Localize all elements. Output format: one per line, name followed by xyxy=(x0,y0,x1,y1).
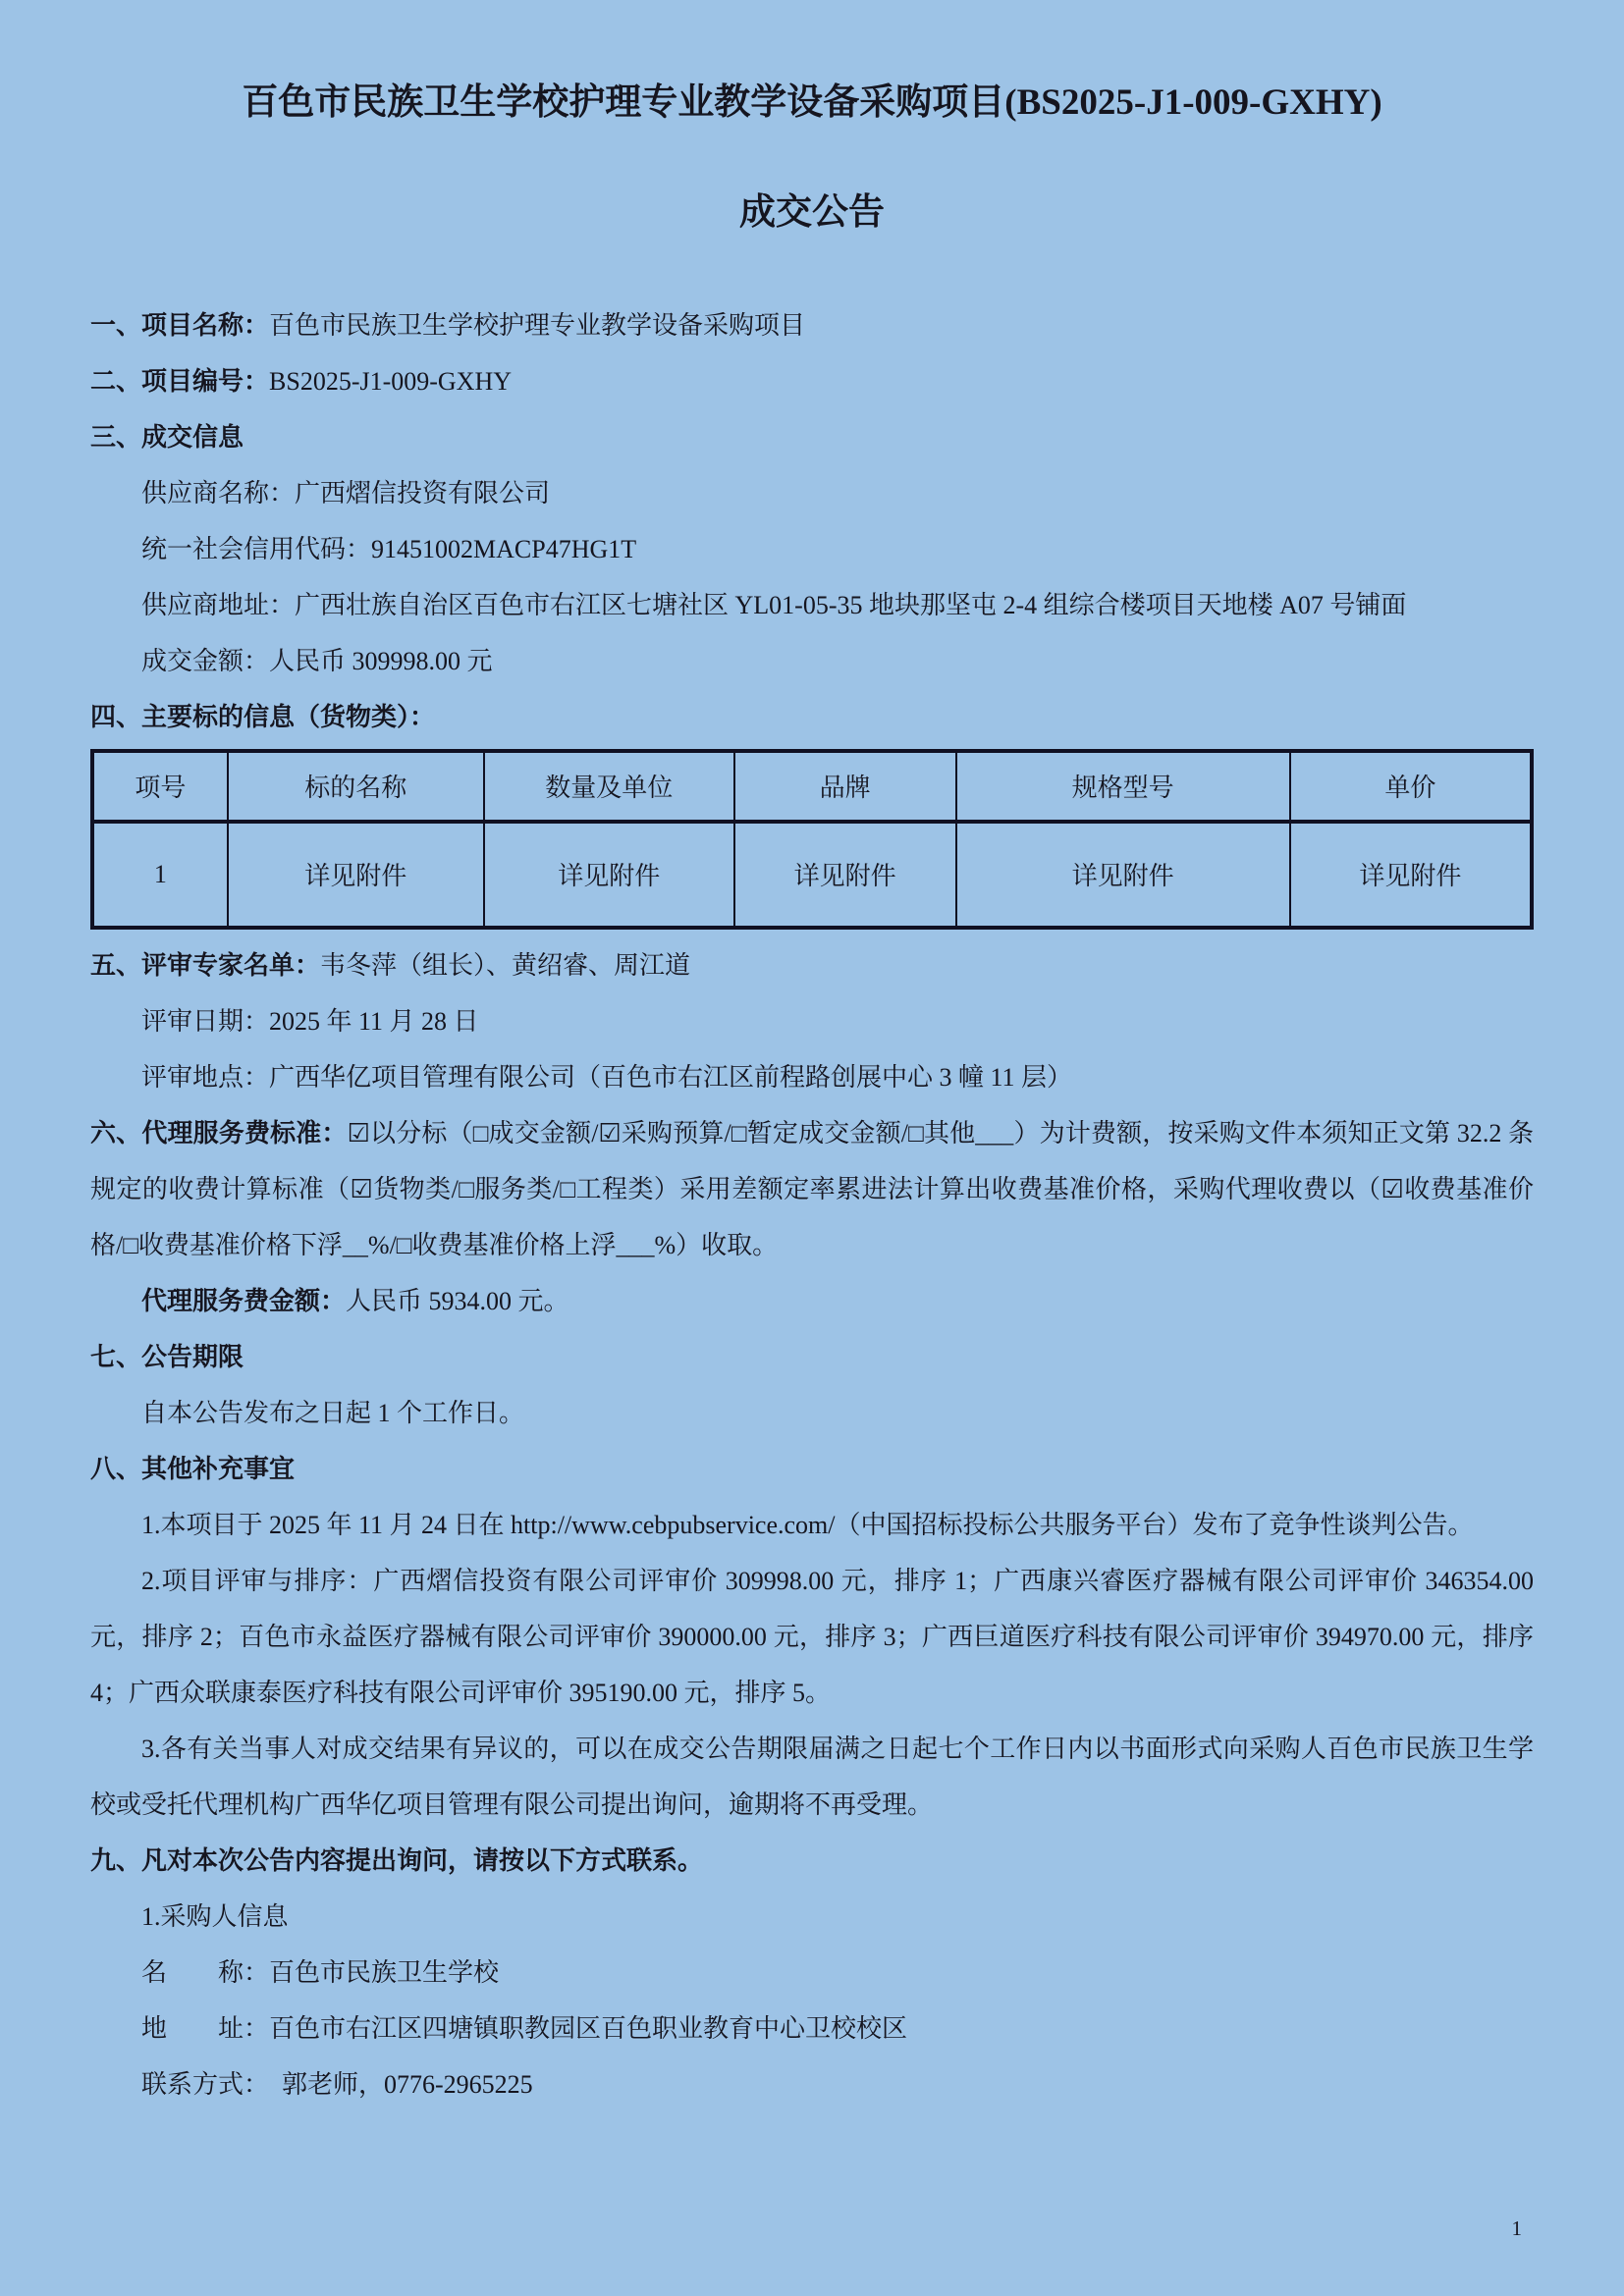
section-2-project-number: 二、项目编号：BS2025-J1-009-GXHY xyxy=(90,353,1534,409)
goods-cell-subject-name: 详见附件 xyxy=(228,822,484,928)
supplement-item-3: 3.各有关当事人对成交结果有异议的，可以在成交公告期限届满之日起七个工作日内以书… xyxy=(90,1721,1534,1833)
section-7-heading: 七、公告期限 xyxy=(90,1329,1534,1385)
goods-table-header-spec-model: 规格型号 xyxy=(956,751,1290,822)
section-9-heading: 九、凡对本次公告内容提出询问，请按以下方式联系。 xyxy=(90,1833,1534,1889)
buyer-contact-line: 联系方式： 郭老师，0776-2965225 xyxy=(90,2056,1534,2112)
section-6-agency-fee-standard: 六、代理服务费标准：☑以分标（□成交金额/☑采购预算/□暂定成交金额/□其他__… xyxy=(90,1105,1534,1273)
section-2-text: BS2025-J1-009-GXHY xyxy=(269,367,512,396)
section-8-heading: 八、其他补充事宜 xyxy=(90,1441,1534,1497)
credit-code-line: 统一社会信用代码：91451002MACP47HG1T xyxy=(90,521,1534,577)
goods-cell-quantity-unit: 详见附件 xyxy=(484,822,734,928)
review-place-line: 评审地点：广西华亿项目管理有限公司（百色市右江区前程路创展中心 3 幢 11 层… xyxy=(90,1049,1534,1105)
document-page: 百色市民族卫生学校护理专业教学设备采购项目(BS2025-J1-009-GXHY… xyxy=(0,0,1624,2296)
agency-fee-amount-label: 代理服务费金额： xyxy=(141,1286,346,1315)
announcement-period-line: 自本公告发布之日起 1 个工作日。 xyxy=(90,1385,1534,1441)
section-5-experts-line: 五、评审专家名单：韦冬萍（组长）、黄绍睿、周江道 xyxy=(90,937,1534,993)
buyer-address-line: 地 址：百色市右江区四塘镇职教园区百色职业教育中心卫校校区 xyxy=(90,2001,1534,2056)
supplement-item-1: 1.本项目于 2025 年 11 月 24 日在 http://www.cebp… xyxy=(90,1497,1534,1553)
goods-cell-unit-price: 详见附件 xyxy=(1290,822,1532,928)
agency-fee-amount-text: 人民币 5934.00 元。 xyxy=(346,1287,569,1315)
agency-fee-amount-line: 代理服务费金额：人民币 5934.00 元。 xyxy=(90,1273,1534,1329)
page-number: 1 xyxy=(1512,2218,1523,2239)
section-5-experts: 韦冬萍（组长）、黄绍睿、周江道 xyxy=(320,951,690,980)
review-date-line: 评审日期：2025 年 11 月 28 日 xyxy=(90,993,1534,1049)
document-title-line1: 百色市民族卫生学校护理专业教学设备采购项目(BS2025-J1-009-GXHY… xyxy=(90,80,1534,126)
section-1-project-name: 一、项目名称：百色市民族卫生学校护理专业教学设备采购项目 xyxy=(90,297,1534,353)
goods-cell-spec-model: 详见附件 xyxy=(956,822,1290,928)
award-amount-line: 成交金额：人民币 309998.00 元 xyxy=(90,633,1534,689)
section-1-text: 百色市民族卫生学校护理专业教学设备采购项目 xyxy=(269,311,805,340)
goods-table-header-brand: 品牌 xyxy=(734,751,956,822)
buyer-info-heading: 1.采购人信息 xyxy=(90,1889,1534,1945)
supplier-name-line: 供应商名称：广西熠信投资有限公司 xyxy=(90,465,1534,521)
section-4-heading: 四、主要标的信息（货物类）： xyxy=(90,689,1534,745)
goods-table-row: 1 详见附件 详见附件 详见附件 详见附件 详见附件 xyxy=(92,822,1532,928)
goods-table-header-subject-name: 标的名称 xyxy=(228,751,484,822)
section-2-label: 二、项目编号： xyxy=(90,366,269,396)
goods-cell-item-no: 1 xyxy=(92,822,228,928)
goods-table-header-quantity-unit: 数量及单位 xyxy=(484,751,734,822)
buyer-name-line: 名 称：百色市民族卫生学校 xyxy=(90,1945,1534,2001)
goods-table: 项号 标的名称 数量及单位 品牌 规格型号 单价 1 详见附件 详见附件 详见附… xyxy=(90,749,1534,930)
supplier-address-line: 供应商地址：广西壮族自治区百色市右江区七塘社区 YL01-05-35 地块那坚屯… xyxy=(90,577,1534,633)
supplement-item-2: 2.项目评审与排序：广西熠信投资有限公司评审价 309998.00 元，排序 1… xyxy=(90,1553,1534,1721)
section-6-label: 六、代理服务费标准： xyxy=(90,1118,348,1148)
section-3-heading: 三、成交信息 xyxy=(90,409,1534,465)
document-body: 一、项目名称：百色市民族卫生学校护理专业教学设备采购项目 二、项目编号：BS20… xyxy=(90,297,1534,2112)
goods-table-header-unit-price: 单价 xyxy=(1290,751,1532,822)
goods-table-header-row: 项号 标的名称 数量及单位 品牌 规格型号 单价 xyxy=(92,751,1532,822)
section-1-label: 一、项目名称： xyxy=(90,310,269,340)
document-title-line2: 成交公告 xyxy=(90,190,1534,236)
goods-table-header-item-no: 项号 xyxy=(92,751,228,822)
section-5-label: 五、评审专家名单： xyxy=(90,950,320,980)
goods-cell-brand: 详见附件 xyxy=(734,822,956,928)
